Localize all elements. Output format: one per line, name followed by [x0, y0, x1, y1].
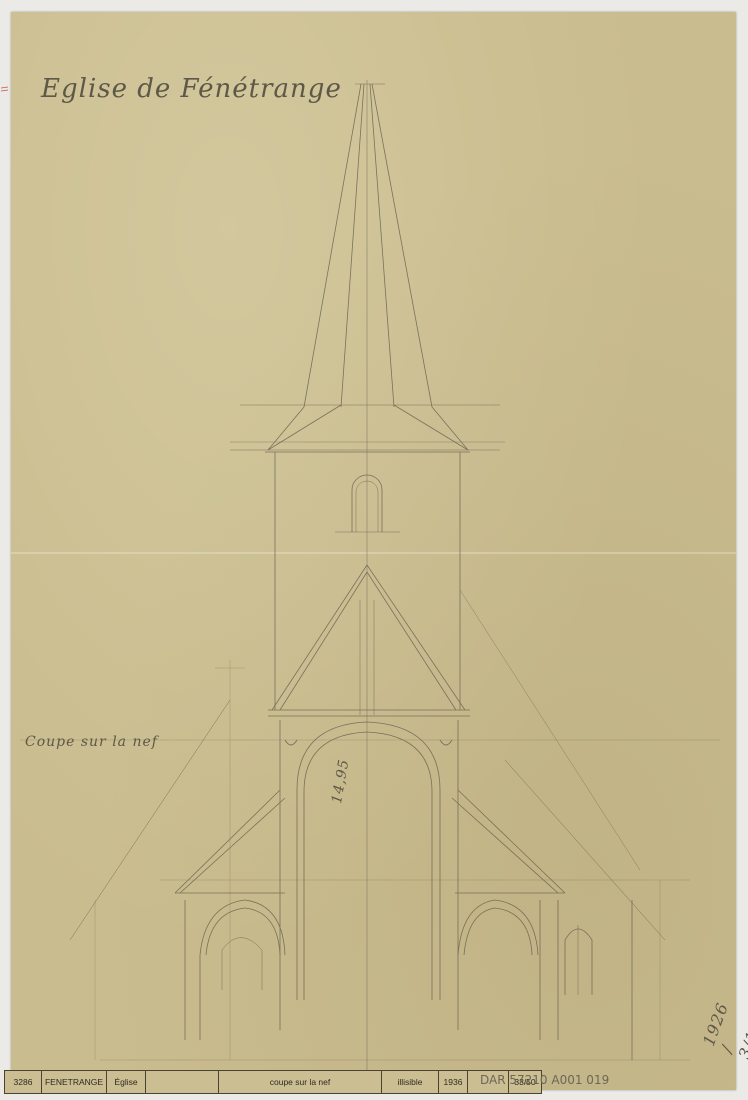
red-tick-mark — [1, 86, 9, 94]
title-handwritten: Eglise de Fénétrange — [41, 74, 342, 104]
section-label-handwritten: Coupe sur la nef — [25, 734, 158, 750]
drawing-sheet: Eglise de Fénétrange Coupe sur la nef 14… — [11, 12, 736, 1090]
reference-code: DAR 57210 A001 019 — [480, 1073, 609, 1087]
catalog-author: illisible — [382, 1071, 439, 1093]
catalog-building: Église — [107, 1071, 146, 1093]
catalog-empty-1 — [146, 1071, 219, 1093]
left-aisle — [70, 700, 285, 1040]
architectural-drawing — [11, 12, 736, 1090]
catalog-year: 1936 — [439, 1071, 468, 1093]
nave-gable — [268, 565, 470, 716]
aisle-window — [565, 929, 592, 995]
catalog-strip: 3286 FENETRANGE Église coupe sur la nef … — [4, 1070, 542, 1094]
catalog-place: FENETRANGE — [42, 1071, 107, 1093]
construction-lines — [20, 660, 720, 1060]
spire — [230, 80, 505, 1070]
catalog-id: 3286 — [5, 1071, 42, 1093]
central-arch — [280, 720, 458, 1030]
belfry-tower — [275, 452, 460, 710]
right-aisle — [452, 590, 665, 1060]
catalog-description: coupe sur la nef — [219, 1071, 382, 1093]
